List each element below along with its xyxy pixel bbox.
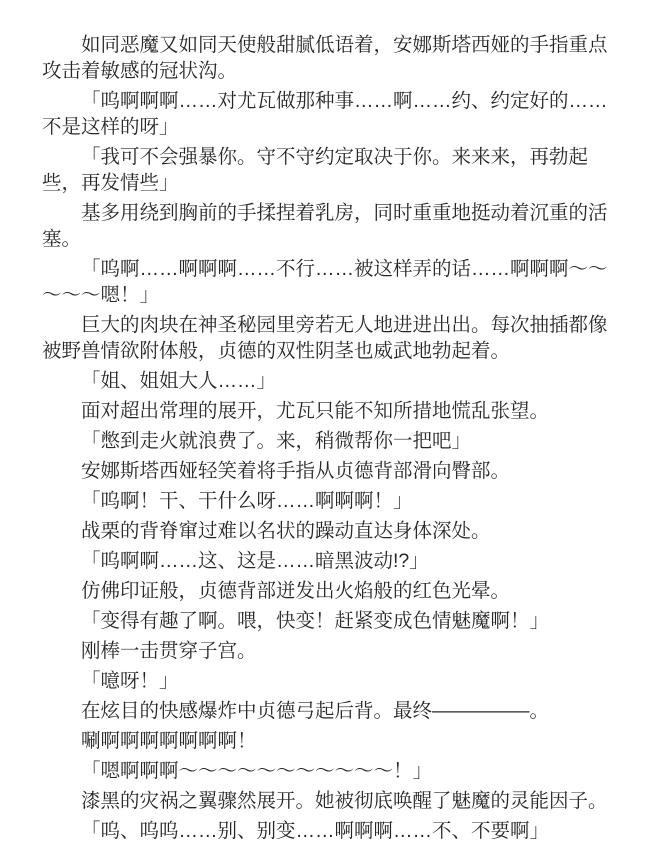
text-column: 如同恶魔又如同天使般甜腻低语着，安娜斯塔西娅的手指重点攻击着敏感的冠状沟。「呜啊…: [42, 32, 610, 844]
paragraph: 「憋到走火就浪费了。来，稍微帮你一把吧」: [42, 428, 610, 454]
paragraph: 「呜啊……啊啊啊……不行……被这样弄的话……啊啊啊～～～～～嗯！」: [42, 256, 610, 308]
paragraph: 基多用绕到胸前的手揉捏着乳房，同时重重地挺动着沉重的活塞。: [42, 200, 610, 252]
paragraph: 如同恶魔又如同天使般甜腻低语着，安娜斯塔西娅的手指重点攻击着敏感的冠状沟。: [42, 32, 610, 84]
paragraph: 漆黑的灾祸之翼骤然展开。她被彻底唤醒了魅魔的灵能因子。: [42, 788, 610, 814]
paragraph: 战栗的背脊窜过难以名状的躁动直达身体深处。: [42, 518, 610, 544]
paragraph: 「呜啊啊……这、这是……暗黑波动!?」: [42, 548, 610, 574]
paragraph: 在炫目的快感爆炸中贞德弓起后背。最终—————。: [42, 698, 610, 724]
paragraph: 「姐、姐姐大人……」: [42, 368, 610, 394]
paragraph: 刚棒一击贯穿子宫。: [42, 638, 610, 664]
paragraph: 安娜斯塔西娅轻笑着将手指从贞德背部滑向臀部。: [42, 458, 610, 484]
paragraph: 「我可不会强暴你。守不守约定取决于你。来来来，再勃起些，再发情些」: [42, 144, 610, 196]
reader-page: 如同恶魔又如同天使般甜腻低语着，安娜斯塔西娅的手指重点攻击着敏感的冠状沟。「呜啊…: [0, 0, 650, 850]
paragraph: 唰啊啊啊啊啊啊啊！: [42, 728, 610, 754]
paragraph: 巨大的肉块在神圣秘园里旁若无人地进进出出。每次抽插都像被野兽情欲附体般，贞德的双…: [42, 312, 610, 364]
paragraph: 「嗯啊啊啊～～～～～～～～～～～！」: [42, 758, 610, 784]
paragraph: 「呜啊！干、干什么呀……啊啊啊！」: [42, 488, 610, 514]
paragraph: 「呜、呜呜……别、别变……啊啊啊……不、不要啊」: [42, 818, 610, 844]
paragraph: 面对超出常理的展开，尤瓦只能不知所措地慌乱张望。: [42, 398, 610, 424]
paragraph: 「呜啊啊啊……对尤瓦做那种事……啊……约、约定好的……不是这样的呀」: [42, 88, 610, 140]
paragraph: 「噫呀！」: [42, 668, 610, 694]
paragraph: 「变得有趣了啊。喂，快变！赶紧变成色情魅魔啊！」: [42, 608, 610, 634]
paragraph: 仿佛印证般，贞德背部迸发出火焰般的红色光晕。: [42, 578, 610, 604]
